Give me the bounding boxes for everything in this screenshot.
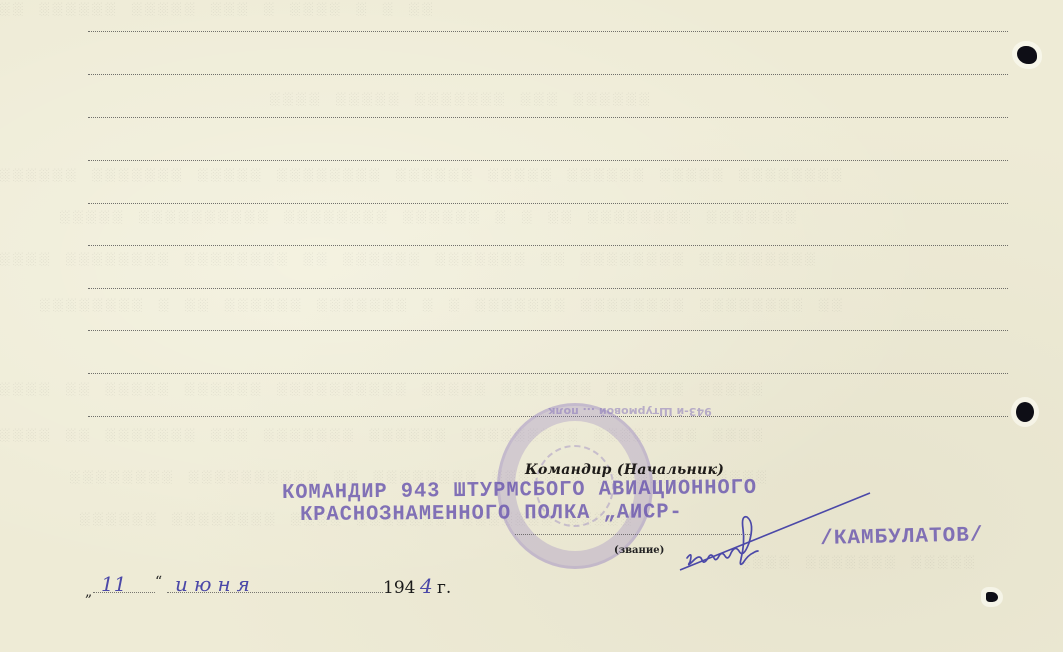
- date-year-prefix: 194: [383, 578, 415, 598]
- ruled-line: [88, 330, 1008, 331]
- date-day: 11: [101, 572, 126, 596]
- ruled-line: [88, 31, 1008, 32]
- ruled-line: [88, 245, 1008, 246]
- show-through-text: ░░░░ ░░░░░░░░ ░░░░░░░░ ░░ ░░░░░░ ░░░░░░░…: [0, 252, 1063, 266]
- ruled-line: [88, 203, 1008, 204]
- show-through-text: ░░░░░░░░ ░ ░░ ░░░░░░ ░░░░░░░ ░ ░ ░░░░░░░…: [40, 298, 1063, 312]
- rank-caption: (звание): [614, 545, 664, 556]
- ruled-line: [88, 288, 1008, 289]
- rank-stamp-line-2: КРАСНОЗНАМЕННОГО ПОЛКА „АИСР-: [300, 501, 683, 527]
- ruled-line: [88, 74, 1008, 75]
- date-month: июня: [175, 572, 256, 596]
- seal-text: 943-й Штурмовой ... полк: [548, 405, 712, 418]
- date-open-quote: „: [85, 584, 92, 600]
- show-through-text: ░░░░░ ░░░░░░░░░░ ░░░░░░░░ ░░░░░░ ░ ░ ░░ …: [60, 210, 1063, 224]
- show-through-text: ░░░░ ░░ ░░░░░ ░░░░░░ ░░░░░░░░░░ ░░░░░ ░░…: [0, 382, 1063, 396]
- show-through-text: ░░ ░░░░░░ ░░░░░ ░░░ ░ ░░░░ ░ ░ ░░: [0, 2, 1063, 16]
- date-year-digit: 4: [420, 574, 433, 598]
- punch-hole: [1017, 46, 1037, 64]
- date-year-suffix: г.: [437, 578, 451, 598]
- date-field: „ 11 “ июня 194 4 г.: [85, 572, 485, 602]
- punch-hole: [986, 592, 998, 602]
- date-close-quote: “: [155, 574, 162, 590]
- show-through-text: ░░░░ ░░░░░ ░░░░░░░ ░░░ ░░░░░░: [270, 92, 1063, 106]
- position-label: Командир (Начальник): [525, 462, 724, 478]
- punch-hole: [1016, 402, 1034, 422]
- show-through-text: ░░░░░░ ░░░░░░░ ░░░░░ ░░░░░░░░ ░░░░░░ ░░░…: [0, 168, 1063, 182]
- ruled-line: [88, 117, 1008, 118]
- name-stamp: /КАМБУЛАТОВ/: [820, 524, 984, 551]
- ruled-line: [88, 160, 1008, 161]
- ruled-line: [88, 373, 1008, 374]
